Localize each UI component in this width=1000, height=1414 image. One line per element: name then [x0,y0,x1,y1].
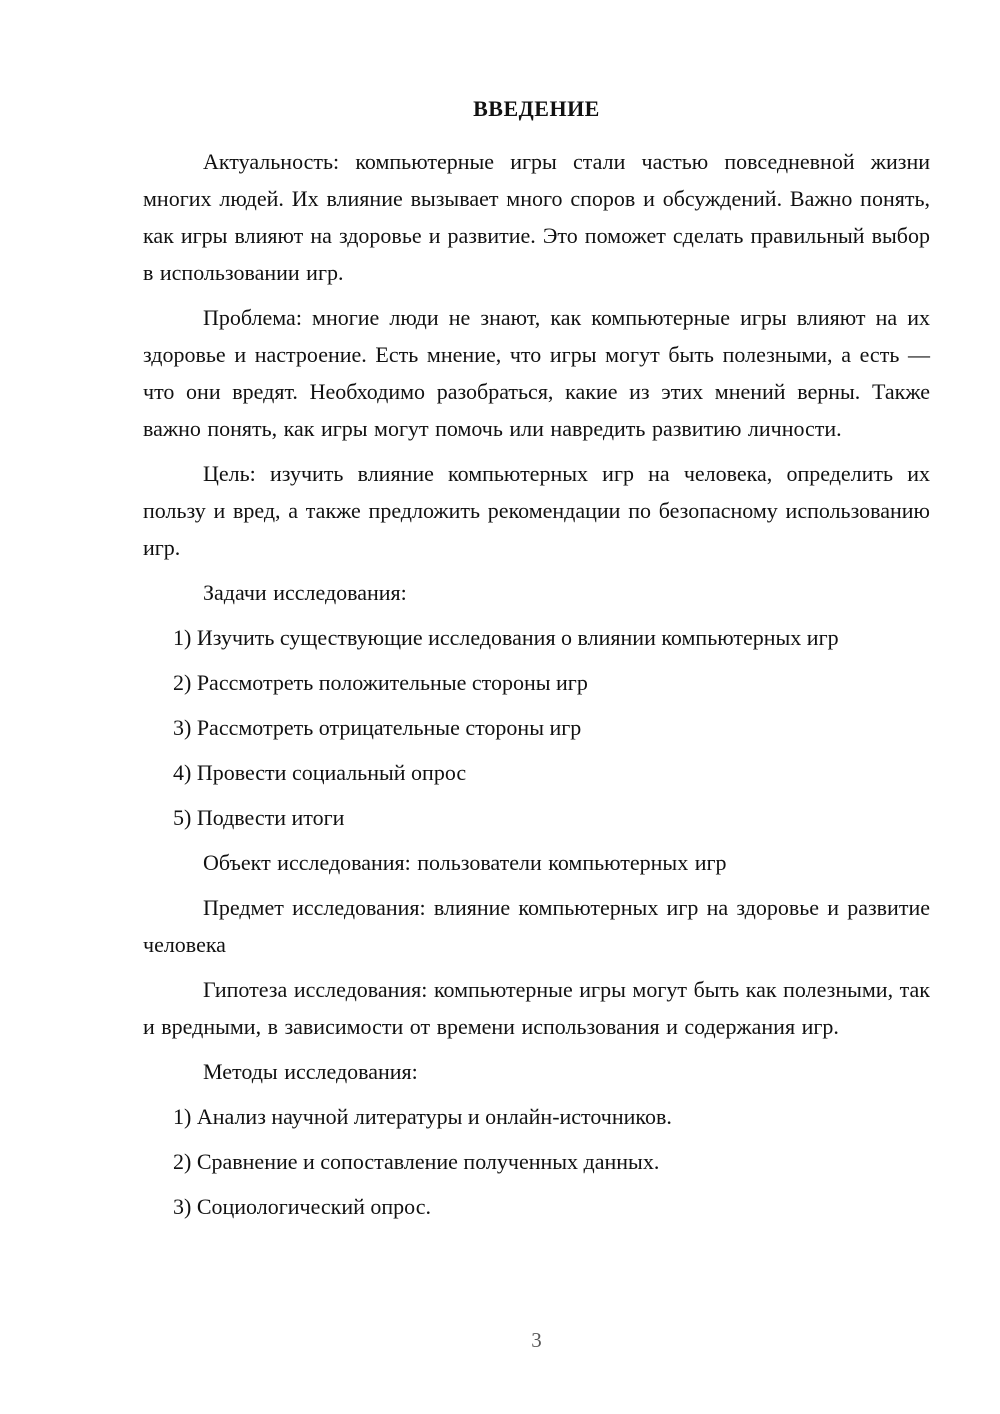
tasks-heading: Задачи исследования: [143,574,930,611]
task-item-2: 2) Рассмотреть положительные стороны игр [143,664,930,701]
paragraph-goal: Цель: изучить влияние компьютерных игр н… [143,455,930,566]
paragraph-relevance: Актуальность: компьютерные игры стали ча… [143,143,930,291]
method-item-1: 1) Анализ научной литературы и онлайн-ис… [143,1098,930,1135]
page-title: ВВЕДЕНИЕ [143,90,930,127]
method-item-2: 2) Сравнение и сопоставление полученных … [143,1143,930,1180]
paragraph-problem: Проблема: многие люди не знают, как комп… [143,299,930,447]
paragraph-hypothesis: Гипотеза исследования: компьютерные игры… [143,971,930,1045]
methods-heading: Методы исследования: [143,1053,930,1090]
task-item-5: 5) Подвести итоги [143,799,930,836]
page-content: ВВЕДЕНИЕ Актуальность: компьютерные игры… [143,90,930,1233]
paragraph-subject: Предмет исследования: влияние компьютерн… [143,889,930,963]
task-item-3: 3) Рассмотреть отрицательные стороны игр [143,709,930,746]
task-item-4: 4) Провести социальный опрос [143,754,930,791]
paragraph-object: Объект исследования: пользователи компью… [143,844,930,881]
document-page: ВВЕДЕНИЕ Актуальность: компьютерные игры… [0,0,1000,1414]
page-number: 3 [143,1326,930,1354]
method-item-3: 3) Социологический опрос. [143,1188,930,1225]
task-item-1: 1) Изучить существующие исследования о в… [143,619,930,656]
